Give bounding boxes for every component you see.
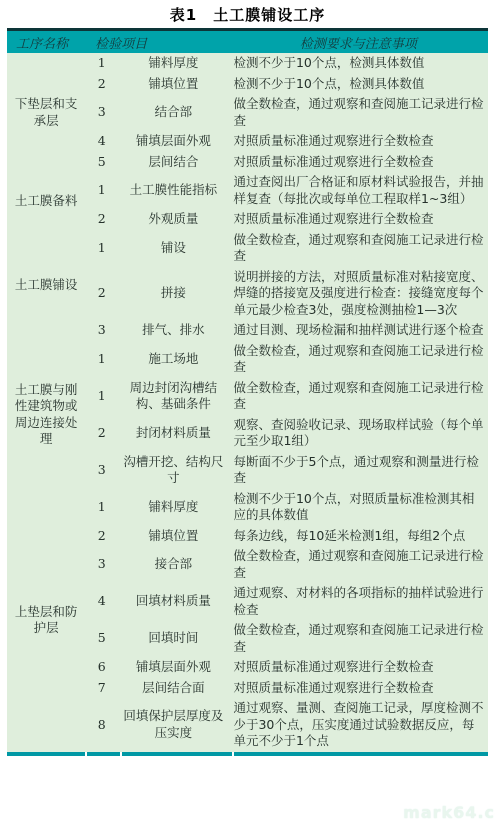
row-number-cell: 2: [85, 209, 118, 230]
row-number-cell: 5: [85, 620, 118, 657]
row-number-cell: 1: [85, 172, 118, 209]
table-row: 下垫层和支承层1铺料厚度检测不少于10个点，检测具体数值: [7, 53, 488, 74]
process-table: 工序名称 检验项目 检测要求与注意事项 下垫层和支承层1铺料厚度检测不少于10个…: [7, 31, 488, 752]
process-name-cell: 下垫层和支承层: [7, 53, 85, 172]
table-container: 工序名称 检验项目 检测要求与注意事项 下垫层和支承层1铺料厚度检测不少于10个…: [7, 28, 488, 756]
inspection-requirement-cell: 做全数检查，通过观察和查阅施工记录进行检查: [228, 620, 488, 657]
inspection-item-cell: 层间结合: [118, 152, 228, 173]
row-number-cell: 1: [85, 489, 118, 526]
inspection-item-cell: 施工场地: [118, 341, 228, 378]
inspection-item-cell: 排气、排水: [118, 320, 228, 341]
table-row: 土工膜备料1土工膜性能指标通过查阅出厂合格证和原材料试验报告，并抽样复查（每批次…: [7, 172, 488, 209]
inspection-item-cell: 沟槽开挖、结构尺寸: [118, 452, 228, 489]
inspection-item-cell: 铺填层面外观: [118, 657, 228, 678]
inspection-requirement-cell: 对照质量标准通过观察进行全数检查: [228, 152, 488, 173]
table-body: 下垫层和支承层1铺料厚度检测不少于10个点，检测具体数值2铺填位置检测不少于10…: [7, 53, 488, 752]
bottom-rule-segment: [234, 752, 488, 756]
inspection-requirement-cell: 对照质量标准通过观察进行全数检查: [228, 678, 488, 699]
inspection-requirement-cell: 做全数检查，通过观察和查阅施工记录进行检查: [228, 94, 488, 131]
inspection-requirement-cell: 检测不少于10个点，检测具体数值: [228, 74, 488, 95]
row-number-cell: 5: [85, 152, 118, 173]
inspection-item-cell: 土工膜性能指标: [118, 172, 228, 209]
inspection-requirement-cell: 通过观察、对材料的各项指标的抽样试验进行检查: [228, 583, 488, 620]
inspection-requirement-cell: 对照质量标准通过观察进行全数检查: [228, 209, 488, 230]
inspection-item-cell: 铺填层面外观: [118, 131, 228, 152]
inspection-requirement-cell: 对照质量标准通过观察进行全数检查: [228, 131, 488, 152]
inspection-item-cell: 回填保护层厚度及压实度: [118, 698, 228, 752]
table-row: 土工膜与刚性建筑物或周边连接处理1施工场地做全数检查，通过观察和查阅施工记录进行…: [7, 341, 488, 378]
inspection-item-cell: 铺料厚度: [118, 489, 228, 526]
process-name-cell: 土工膜铺设: [7, 230, 85, 341]
inspection-item-cell: 铺填位置: [118, 74, 228, 95]
inspection-requirement-cell: 说明拼接的方法，对照质量标准对粘接宽度、焊缝的搭接宽及强度进行检查：接缝宽度每个…: [228, 267, 488, 321]
inspection-requirement-cell: 做全数检查，通过观察和查阅施工记录进行检查: [228, 378, 488, 415]
inspection-requirement-cell: 通过观察、量测、查阅施工记录，厚度检测不少于30个点，压实度通过试验数据反应，每…: [228, 698, 488, 752]
inspection-item-cell: 回填时间: [118, 620, 228, 657]
inspection-item-cell: 周边封闭沟槽结构、基础条件: [118, 378, 228, 415]
inspection-item-cell: 层间结合面: [118, 678, 228, 699]
inspection-item-cell: 结合部: [118, 94, 228, 131]
row-number-cell: 3: [85, 320, 118, 341]
row-number-cell: 2: [85, 74, 118, 95]
row-number-cell: 3: [85, 452, 118, 489]
table-title: 表1 土工膜铺设工序: [0, 0, 495, 28]
inspection-item-cell: 接合部: [118, 546, 228, 583]
inspection-requirement-cell: 每断面不少于5个点，通过观察和测量进行检查: [228, 452, 488, 489]
bottom-rule-segment: [87, 752, 120, 756]
process-name-cell: 上垫层和防护层: [7, 489, 85, 752]
inspection-requirement-cell: 通过查阅出厂合格证和原材料试验报告，并抽样复查（每批次或每单位工程取样1~3组）: [228, 172, 488, 209]
inspection-item-cell: 封闭材料质量: [118, 415, 228, 452]
inspection-requirement-cell: 做全数检查，通过观察和查阅施工记录进行检查: [228, 341, 488, 378]
row-number-cell: 8: [85, 698, 118, 752]
process-name-cell: 土工膜与刚性建筑物或周边连接处理: [7, 341, 85, 489]
header-inspection-item: 检验项目: [85, 31, 228, 53]
table-row: 土工膜铺设1铺设做全数检查，通过观察和查阅施工记录进行检查: [7, 230, 488, 267]
inspection-item-cell: 拼接: [118, 267, 228, 321]
inspection-item-cell: 铺料厚度: [118, 53, 228, 74]
inspection-item-cell: 回填材料质量: [118, 583, 228, 620]
inspection-requirement-cell: 检测不少于10个点，对照质量标准检测其相应的具体数值: [228, 489, 488, 526]
inspection-item-cell: 铺设: [118, 230, 228, 267]
table-header-row: 工序名称 检验项目 检测要求与注意事项: [7, 31, 488, 53]
row-number-cell: 1: [85, 378, 118, 415]
row-number-cell: 7: [85, 678, 118, 699]
header-process-name: 工序名称: [7, 31, 85, 53]
header-inspection-requirement: 检测要求与注意事项: [228, 31, 488, 53]
inspection-requirement-cell: 检测不少于10个点，检测具体数值: [228, 53, 488, 74]
table-row: 上垫层和防护层1铺料厚度检测不少于10个点，对照质量标准检测其相应的具体数值: [7, 489, 488, 526]
bottom-rule-segment: [7, 752, 85, 756]
watermark-text: mark64.co: [403, 803, 495, 822]
row-number-cell: 1: [85, 341, 118, 378]
row-number-cell: 3: [85, 546, 118, 583]
row-number-cell: 1: [85, 53, 118, 74]
document-page: 表1 土工膜铺设工序 工序名称 检验项目 检测要求与注意事项 下垫层和支承层1铺…: [0, 0, 495, 831]
table-bottom-rule: [7, 752, 488, 756]
inspection-item-cell: 外观质量: [118, 209, 228, 230]
row-number-cell: 6: [85, 657, 118, 678]
inspection-requirement-cell: 做全数检查，通过观察和查阅施工记录进行检查: [228, 546, 488, 583]
bottom-rule-segment: [122, 752, 232, 756]
row-number-cell: 3: [85, 94, 118, 131]
process-name-cell: 土工膜备料: [7, 172, 85, 230]
row-number-cell: 2: [85, 267, 118, 321]
row-number-cell: 1: [85, 230, 118, 267]
inspection-requirement-cell: 通过目测、现场检漏和抽样测试进行逐个检查: [228, 320, 488, 341]
row-number-cell: 2: [85, 526, 118, 547]
inspection-requirement-cell: 对照质量标准通过观察进行全数检查: [228, 657, 488, 678]
row-number-cell: 4: [85, 131, 118, 152]
inspection-requirement-cell: 观察、查阅验收记录、现场取样试验（每个单元至少取1组）: [228, 415, 488, 452]
row-number-cell: 4: [85, 583, 118, 620]
row-number-cell: 2: [85, 415, 118, 452]
inspection-requirement-cell: 每条边线，每10延米检测1组，每组2个点: [228, 526, 488, 547]
inspection-requirement-cell: 做全数检查，通过观察和查阅施工记录进行检查: [228, 230, 488, 267]
inspection-item-cell: 铺填位置: [118, 526, 228, 547]
